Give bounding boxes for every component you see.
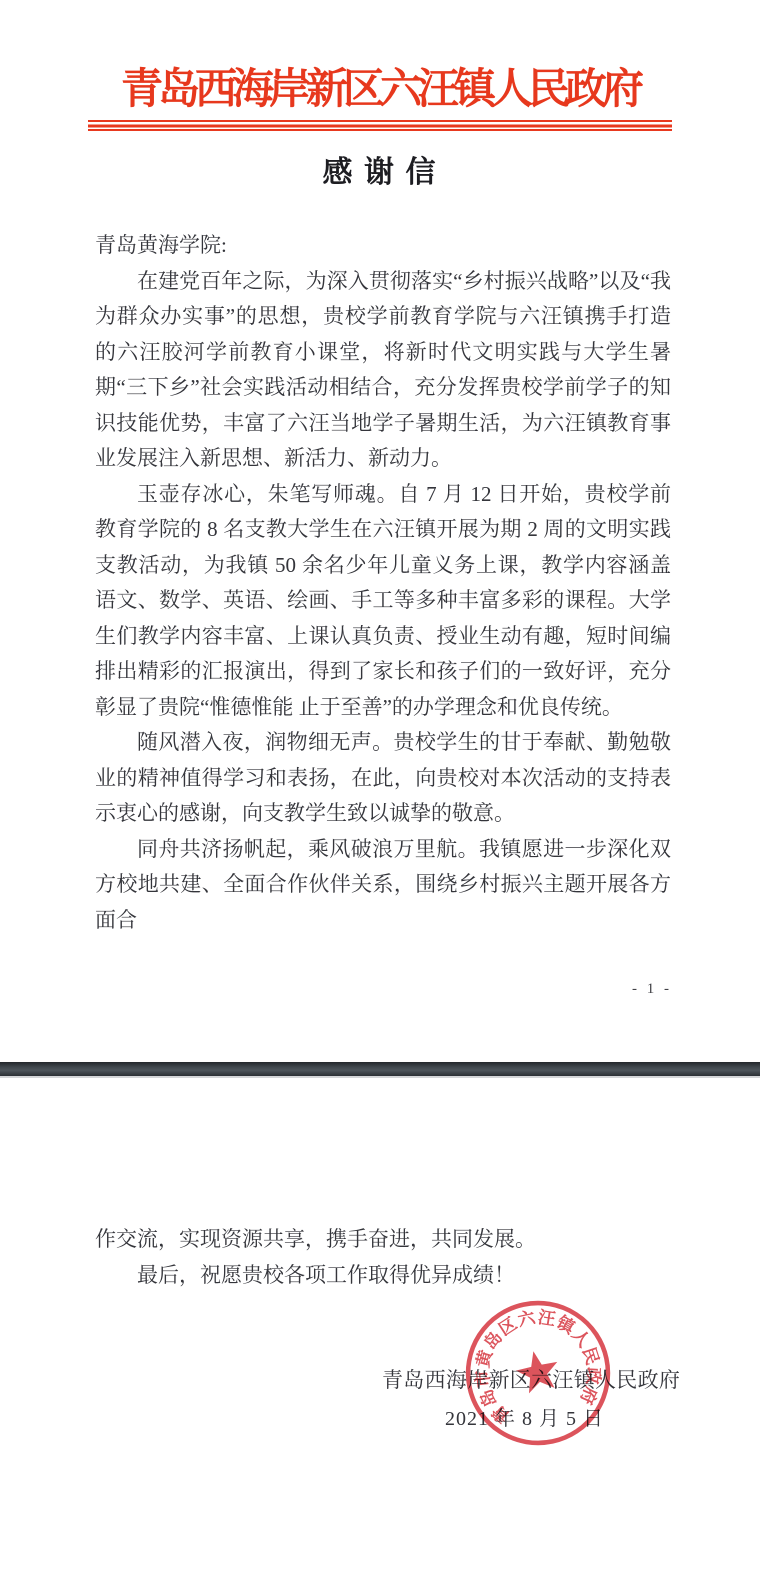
svg-text:政: 政 bbox=[583, 1367, 604, 1386]
recipient-line: 青岛黄海学院: bbox=[95, 228, 671, 264]
letter-title: 感 谢 信 bbox=[0, 147, 760, 191]
seal-star-icon bbox=[513, 1347, 563, 1395]
official-seal-icon: 青岛市黄岛区六汪镇人民政府 bbox=[448, 1283, 628, 1463]
scanned-letter: 青岛西海岸新区六汪镇人民政府 感 谢 信 青岛黄海学院: 在建党百年之际，为深入… bbox=[0, 0, 760, 1569]
page2-body: 作交流，实现资源共享，携手奋进，共同发展。 最后，祝愿贵校各项工作取得优异成绩！ bbox=[95, 1221, 671, 1293]
letterhead-divider bbox=[88, 120, 672, 131]
letterhead-org-title: 青岛西海岸新区六汪镇人民政府 bbox=[0, 56, 760, 116]
page-number: - 1 - bbox=[632, 981, 672, 998]
paragraph: 随风潜入夜，润物细无声。贵校学生的甘于奉献、勤勉敬业的精神值得学习和表扬，在此，… bbox=[95, 725, 671, 832]
svg-text:六: 六 bbox=[516, 1308, 538, 1330]
page-separator bbox=[0, 1062, 760, 1078]
letter-body: 青岛黄海学院: 在建党百年之际，为深入贯彻落实“乡村振兴战略”以及“我为群众办实… bbox=[95, 228, 671, 938]
svg-text:市: 市 bbox=[472, 1369, 494, 1388]
svg-text:府: 府 bbox=[576, 1384, 601, 1408]
paragraph: 同舟共济扬帆起，乘风破浪万里航。我镇愿进一步深化双方校地共建、全面合作伙伴关系，… bbox=[95, 832, 671, 939]
paragraph: 玉壶存冰心，朱笔写师魂。自 7 月 12 日开始，贵校学前教育学院的 8 名支教… bbox=[95, 477, 671, 726]
continuation-line: 作交流，实现资源共享，携手奋进，共同发展。 bbox=[95, 1221, 671, 1257]
paragraph: 在建党百年之际，为深入贯彻落实“乡村振兴战略”以及“我为群众办实事”的思想，贵校… bbox=[95, 264, 671, 477]
